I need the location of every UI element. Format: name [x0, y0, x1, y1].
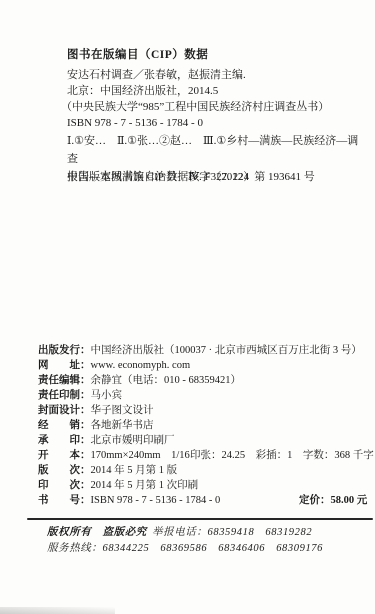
- book-copyright-page: 图书在版编目（CIP）数据 安达石村调查／张春敏，赵振清主编. 北京：中国经济出…: [0, 0, 375, 614]
- pub-row-printer: 承 印：北京市媛明印刷厂: [38, 433, 373, 448]
- cip-data-section: 安达石村调查／张春敏，赵振清主编. 北京：中国经济出版社，2014.5 （中央民…: [67, 67, 329, 131]
- pub-row-label: 出版发行：: [38, 345, 91, 356]
- pub-row-publisher: 出版发行：中国经济出版社（100037 · 北京市西城区百万庄北街 3 号）: [38, 343, 373, 358]
- publication-info-section: 出版发行：中国经济出版社（100037 · 北京市西城区百万庄北街 3 号） 网…: [38, 343, 373, 508]
- pub-row-print-supervisor: 责任印制：马小宾: [38, 388, 373, 403]
- pub-row-print-stats: 印张：24.25 彩插：1 字数：368 千字: [190, 448, 374, 463]
- pub-row-label: 经 销：: [38, 420, 91, 431]
- pub-row-label: 网 址：: [38, 360, 91, 371]
- pub-row-website: 网 址：www. economyph. com: [38, 358, 373, 373]
- pub-row-value: 中国经济出版社（100037 · 北京市西城区百万庄北街 3 号）: [91, 345, 362, 356]
- pub-row-impression: 印 次：2014 年 5 月第 1 次印刷: [38, 478, 373, 493]
- pub-row-value: 余静宜（电话：010 - 68359421）: [91, 375, 242, 386]
- pub-row-label: 责任印制：: [38, 390, 91, 401]
- pub-row-value: 170mm×240mm 1/16: [91, 450, 190, 461]
- pub-row-label: 印 次：: [38, 480, 91, 491]
- pub-row-format: 开 本：170mm×240mm 1/16 印张：24.25 彩插：1 字数：36…: [38, 448, 373, 463]
- pub-row-value: 各地新华书店: [91, 420, 154, 431]
- cip-isbn-line: ISBN 978 - 7 - 5136 - 1784 - 0: [67, 115, 329, 131]
- pub-row-value: 马小宾: [91, 390, 123, 401]
- pub-row-price: 定价：58.00 元: [299, 493, 367, 508]
- report-phone: 举报电话：68359418 68319282: [152, 524, 312, 539]
- pub-row-label: 版 次：: [38, 465, 91, 476]
- cip-classification-line-1: Ⅰ.①安… Ⅱ.①张…②赵… Ⅲ.①乡村—满族—民族经济—调查: [67, 132, 367, 168]
- pub-row-label: 承 印：: [38, 435, 91, 446]
- pub-row-editor: 责任编辑：余静宜（电话：010 - 68359421）: [38, 373, 373, 388]
- cip-publisher-line: 北京：中国经济出版社，2014.5: [67, 83, 329, 99]
- copyright-notice-line: 版权所有 盗版必究 举报电话：68359418 68319282: [47, 524, 323, 540]
- pub-row-value: 2014 年 5 月第 1 版: [91, 465, 178, 476]
- cip-title-line: 安达石村调查／张春敏，赵振清主编.: [67, 67, 329, 83]
- cip-series-line: （中央民族大学“985”工程中国民族经济村庄调查丛书）: [61, 99, 329, 115]
- pub-row-value: 北京市媛明印刷厂: [91, 435, 175, 446]
- pub-row-cover-design: 封面设计：华子图文设计: [38, 403, 373, 418]
- pub-row-label: 责任编辑：: [38, 375, 91, 386]
- pub-row-value: 2014 年 5 月第 1 次印刷: [91, 480, 199, 491]
- pub-row-edition: 版 次：2014 年 5 月第 1 版: [38, 463, 373, 478]
- scan-artifact: [0, 607, 115, 614]
- pub-row-distributor: 经 销：各地新华书店: [38, 418, 373, 433]
- cip-heading: 图书在版编目（CIP）数据: [67, 46, 208, 62]
- pub-row-isbn: 书 号：ISBN 978 - 7 - 5136 - 1784 - 0 定价：58…: [38, 493, 373, 508]
- pub-row-value: ISBN 978 - 7 - 5136 - 1784 - 0: [91, 495, 221, 506]
- pub-row-label: 书 号：: [38, 495, 91, 506]
- pub-row-value: 华子图文设计: [91, 405, 154, 416]
- pub-row-label: 开 本：: [38, 450, 91, 461]
- service-hotline: 服务热线：68344225 68369586 68346406 68309176: [47, 540, 323, 555]
- copyright-notice: 版权所有 盗版必究: [47, 527, 147, 538]
- pub-row-label: 封面设计：: [38, 405, 91, 416]
- cip-record-number: 中国版本图书馆 CIP 数据核字（2012）第 193641 号: [67, 168, 315, 184]
- divider-line: [27, 518, 373, 520]
- pub-row-value: www. economyph. com: [91, 360, 191, 371]
- copyright-notice-section: 版权所有 盗版必究 举报电话：68359418 68319282 服务热线：68…: [47, 524, 323, 555]
